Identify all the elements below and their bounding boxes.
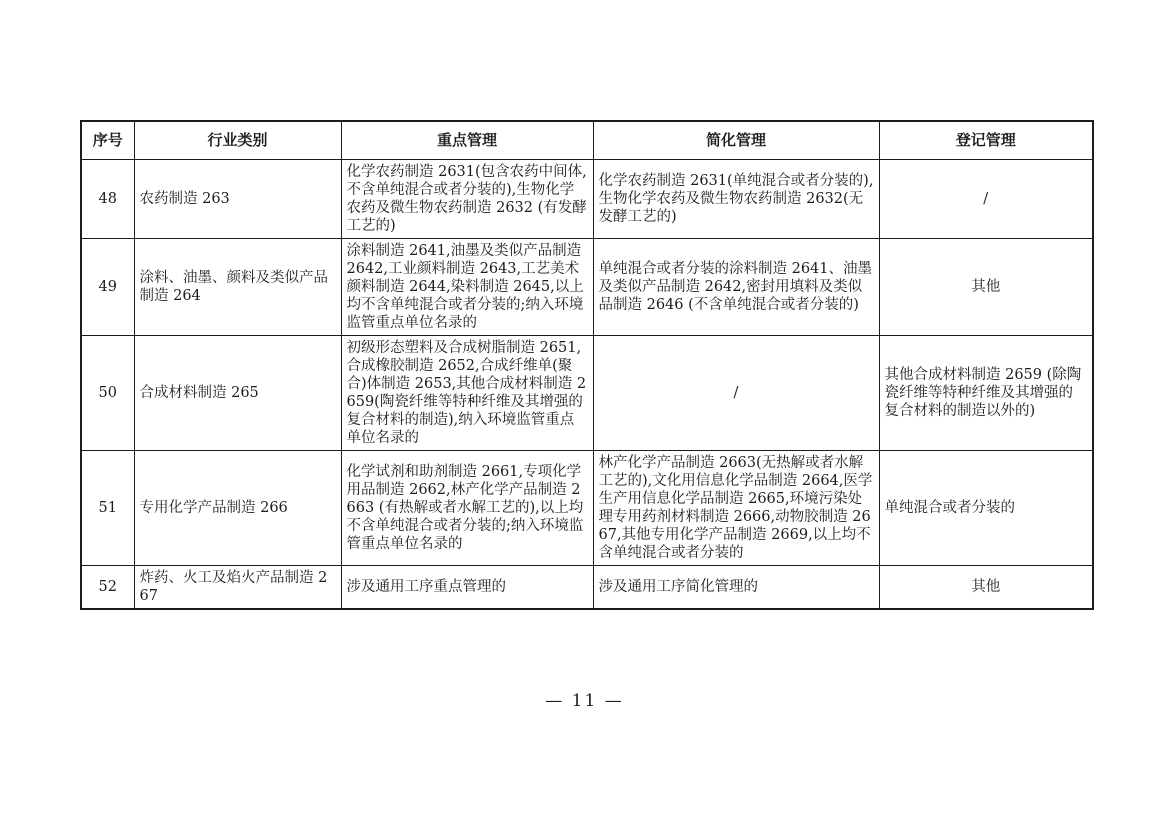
cell-registration-management: 单纯混合或者分装的	[879, 450, 1093, 565]
cell-key-management: 涉及通用工序重点管理的	[341, 565, 593, 609]
cell-registration-management: 其他	[879, 238, 1093, 335]
cell-simplified-management: 林产化学产品制造 2663(无热解或者水解工艺的),文化用信息化学品制造 266…	[593, 450, 879, 565]
column-header-seq: 序号	[81, 121, 134, 159]
page-number: — 11 —	[0, 691, 1169, 711]
cell-simplified-management: /	[593, 335, 879, 450]
table-row: 48 农药制造 263 化学农药制造 2631(包含农药中间体,不含单纯混合或者…	[81, 159, 1093, 238]
column-header-industry-category: 行业类别	[134, 121, 341, 159]
cell-simplified-management: 单纯混合或者分装的涂料制造 2641、油墨及类似产品制造 2642,密封用填料及…	[593, 238, 879, 335]
industry-management-table: 序号 行业类别 重点管理 简化管理 登记管理 48 农药制造 263 化学农药制…	[80, 120, 1094, 610]
cell-simplified-management: 涉及通用工序简化管理的	[593, 565, 879, 609]
cell-seq: 49	[81, 238, 134, 335]
table-header-row: 序号 行业类别 重点管理 简化管理 登记管理	[81, 121, 1093, 159]
cell-seq: 51	[81, 450, 134, 565]
document-page: 序号 行业类别 重点管理 简化管理 登记管理 48 农药制造 263 化学农药制…	[0, 0, 1169, 826]
cell-seq: 48	[81, 159, 134, 238]
cell-industry-category: 农药制造 263	[134, 159, 341, 238]
cell-key-management: 涂料制造 2641,油墨及类似产品制造 2642,工业颜料制造 2643,工艺美…	[341, 238, 593, 335]
cell-registration-management: /	[879, 159, 1093, 238]
cell-seq: 52	[81, 565, 134, 609]
column-header-simplified-management: 简化管理	[593, 121, 879, 159]
table-row: 51 专用化学产品制造 266 化学试剂和助剂制造 2661,专项化学用品制造 …	[81, 450, 1093, 565]
table-row: 52 炸药、火工及焰火产品制造 267 涉及通用工序重点管理的 涉及通用工序简化…	[81, 565, 1093, 609]
cell-seq: 50	[81, 335, 134, 450]
cell-simplified-management: 化学农药制造 2631(单纯混合或者分装的),生物化学农药及微生物农药制造 26…	[593, 159, 879, 238]
cell-industry-category: 合成材料制造 265	[134, 335, 341, 450]
cell-key-management: 化学农药制造 2631(包含农药中间体,不含单纯混合或者分装的),生物化学农药及…	[341, 159, 593, 238]
cell-key-management: 初级形态塑料及合成树脂制造 2651,合成橡胶制造 2652,合成纤维单(聚合)…	[341, 335, 593, 450]
cell-industry-category: 涂料、油墨、颜料及类似产品制造 264	[134, 238, 341, 335]
column-header-key-management: 重点管理	[341, 121, 593, 159]
table-row: 50 合成材料制造 265 初级形态塑料及合成树脂制造 2651,合成橡胶制造 …	[81, 335, 1093, 450]
cell-industry-category: 专用化学产品制造 266	[134, 450, 341, 565]
cell-registration-management: 其他合成材料制造 2659 (除陶瓷纤维等特种纤维及其增强的复合材料的制造以外的…	[879, 335, 1093, 450]
cell-registration-management: 其他	[879, 565, 1093, 609]
cell-key-management: 化学试剂和助剂制造 2661,专项化学用品制造 2662,林产化学产品制造 26…	[341, 450, 593, 565]
cell-industry-category: 炸药、火工及焰火产品制造 267	[134, 565, 341, 609]
table-row: 49 涂料、油墨、颜料及类似产品制造 264 涂料制造 2641,油墨及类似产品…	[81, 238, 1093, 335]
column-header-registration-management: 登记管理	[879, 121, 1093, 159]
